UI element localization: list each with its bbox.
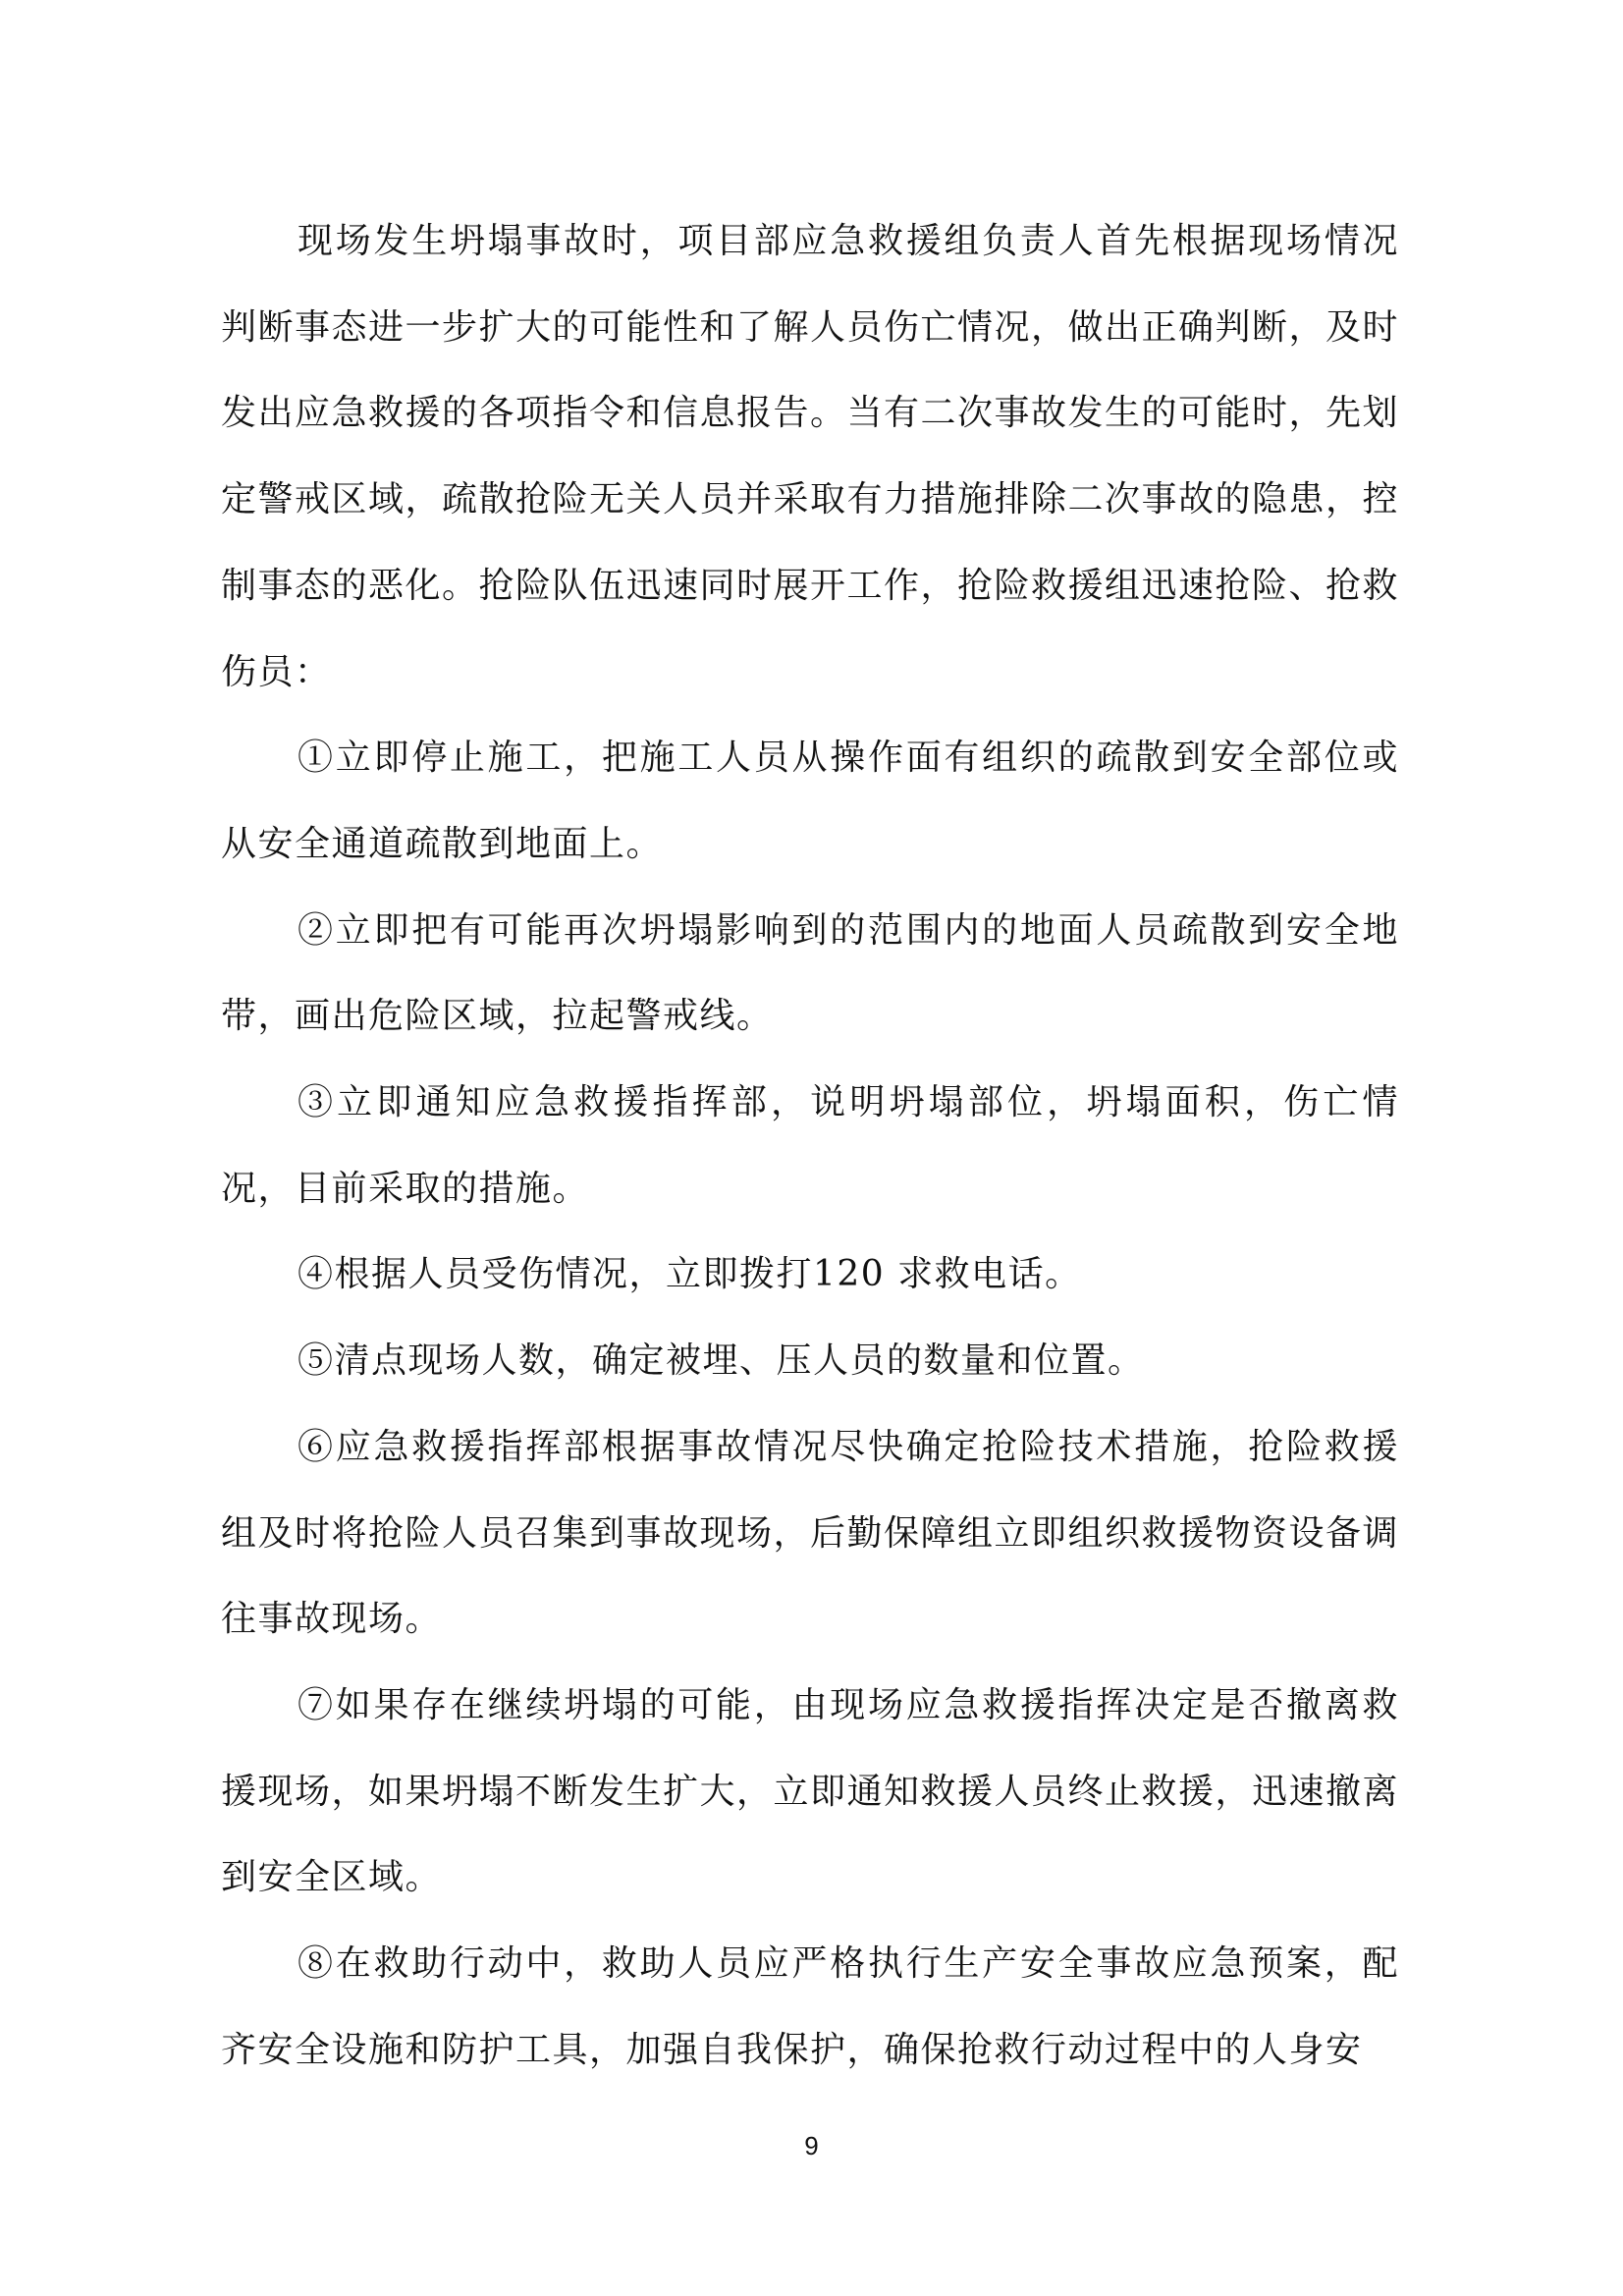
paragraph-step-4: ④根据人员受伤情况，立即拨打120 求救电话。: [221, 1231, 1399, 1318]
paragraph-step-8: ⑧在救助行动中，救助人员应严格执行生产安全事故应急预案，配齐安全设施和防护工具，…: [221, 1921, 1399, 2093]
paragraph-step-7: ⑦如果存在继续坍塌的可能，由现场应急救援指挥决定是否撤离救援现场，如果坍塌不断发…: [221, 1663, 1399, 1921]
document-page: 现场发生坍塌事故时，项目部应急救援组负责人首先根据现场情况判断事态进一步扩大的可…: [0, 0, 1623, 2296]
paragraph-step-6: ⑥应急救援指挥部根据事故情况尽快确定抢险技术措施，抢险救援组及时将抢险人员召集到…: [221, 1404, 1399, 1663]
paragraph-step-3: ③立即通知应急救援指挥部，说明坍塌部位，坍塌面积，伤亡情况，目前采取的措施。: [221, 1060, 1399, 1231]
paragraph-step-5: ⑤清点现场人数，确定被埋、压人员的数量和位置。: [221, 1318, 1399, 1404]
body-text: 现场发生坍塌事故时，项目部应急救援组负责人首先根据现场情况判断事态进一步扩大的可…: [221, 198, 1399, 2093]
paragraph-step-2: ②立即把有可能再次坍塌影响到的范围内的地面人员疏散到安全地带，画出危险区域，拉起…: [221, 888, 1399, 1060]
paragraph-step-1: ①立即停止施工，把施工人员从操作面有组织的疏散到安全部位或从安全通道疏散到地面上…: [221, 715, 1399, 887]
page-number: 9: [0, 2131, 1623, 2161]
paragraph-intro: 现场发生坍塌事故时，项目部应急救援组负责人首先根据现场情况判断事态进一步扩大的可…: [221, 198, 1399, 715]
